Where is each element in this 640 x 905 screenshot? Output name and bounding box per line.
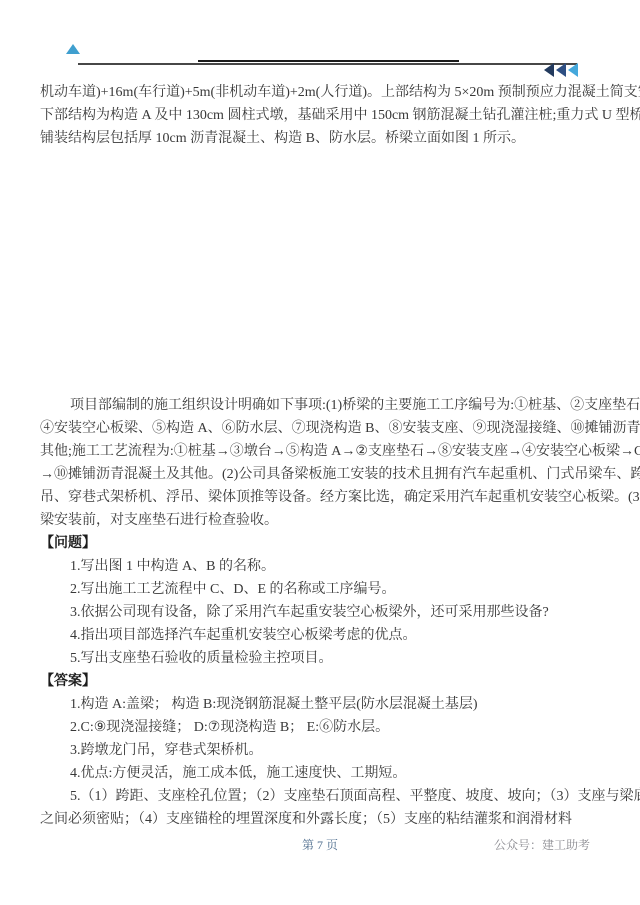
text-line: 下部结构为构造 A 及中 130cm 圆柱式墩，基础采用中 150cm 钢筋混凝… <box>40 104 601 127</box>
questions-heading: 【问题】 <box>40 532 601 555</box>
answer-item: 5.（1）跨距、支座栓孔位置；（2）支座垫石顶面高程、平整度、坡度、坡向；（3）… <box>40 785 601 808</box>
answer-item: 2.C:⑨现浇湿接缝； D:⑦现浇构造 B； E:⑥防水层。 <box>40 716 601 739</box>
question-item: 2.写出施工工艺流程中 C、D、E 的名称或工序编号。 <box>40 578 601 601</box>
nav-back-icon[interactable] <box>568 63 578 77</box>
answer-item: 4.优点:方便灵活，施工成本低，施工速度快、工期短。 <box>40 762 601 785</box>
question-item: 4.指出项目部选择汽车起重机安装空心板梁考虑的优点。 <box>40 624 601 647</box>
body-paragraph: 项目部编制的施工组织设计明确如下事项:(1)桥梁的主要施工工序编号为:①桩基、②… <box>40 394 601 532</box>
header-rule-dark <box>198 60 459 62</box>
text-line: 吊、穿巷式架桥机、浮吊、梁体顶推等设备。经方案比选，确定采用汽车起重机安装空心板… <box>40 486 601 509</box>
document-page: 机动车道)+16m(车行道)+5m(非机动车道)+2m(人行道)。上部结构为 5… <box>0 0 640 905</box>
text-line: 项目部编制的施工组织设计明确如下事项:(1)桥梁的主要施工工序编号为:①桩基、②… <box>40 394 601 417</box>
answer-item: 1.构造 A:盖梁； 构造 B:现浇钢筋混凝土整平层(防水层混凝土基层) <box>40 693 601 716</box>
header-rule <box>78 63 577 65</box>
text-line: 其他;施工工艺流程为:①桩基→③墩台→⑤构造 A→②支座垫石→⑧安装支座→④安装… <box>40 440 601 463</box>
answers-heading: 【答案】 <box>40 670 601 693</box>
triangle-up-icon <box>66 44 80 54</box>
answer-item: 3.跨墩龙门吊，穿巷式架桥机。 <box>40 739 601 762</box>
footer-account-label: 公众号：建工助考 <box>494 836 590 853</box>
text-line: →⑩摊铺沥青混凝土及其他。(2)公司具备梁板施工安装的技术且拥有汽车起重机、门式… <box>40 463 601 486</box>
nav-back-icon[interactable] <box>556 63 566 77</box>
answer-item-continued: 之间必须密贴；（4）支座锚栓的埋置深度和外露长度；（5）支座的粘结灌浆和润滑材料 <box>40 808 601 831</box>
question-item: 1.写出图 1 中构造 A、B 的名称。 <box>40 555 601 578</box>
intro-paragraph: 机动车道)+16m(车行道)+5m(非机动车道)+2m(人行道)。上部结构为 5… <box>40 81 601 150</box>
nav-back-icon[interactable] <box>544 63 554 77</box>
qa-section: 【问题】 1.写出图 1 中构造 A、B 的名称。 2.写出施工工艺流程中 C、… <box>40 532 601 831</box>
text-line: ④安装空心板梁、⑤构造 A、⑥防水层、⑦现浇构造 B、⑧安装支座、⑨现浇湿接缝、… <box>40 417 601 440</box>
nav-arrows <box>544 63 578 77</box>
text-line: 铺装结构层包括厚 10cm 沥青混凝土、构造 B、防水层。桥梁立面如图 1 所示… <box>40 127 601 150</box>
question-item: 5.写出支座垫石验收的质量检验主控项目。 <box>40 647 601 670</box>
question-item: 3.依据公司现有设备，除了采用汽车起重安装空心板梁外，还可采用那些设备? <box>40 601 601 624</box>
figure-placeholder <box>40 160 601 385</box>
text-line: 机动车道)+16m(车行道)+5m(非机动车道)+2m(人行道)。上部结构为 5… <box>40 81 601 104</box>
text-line: 梁安装前，对支座垫石进行检查验收。 <box>40 509 601 532</box>
